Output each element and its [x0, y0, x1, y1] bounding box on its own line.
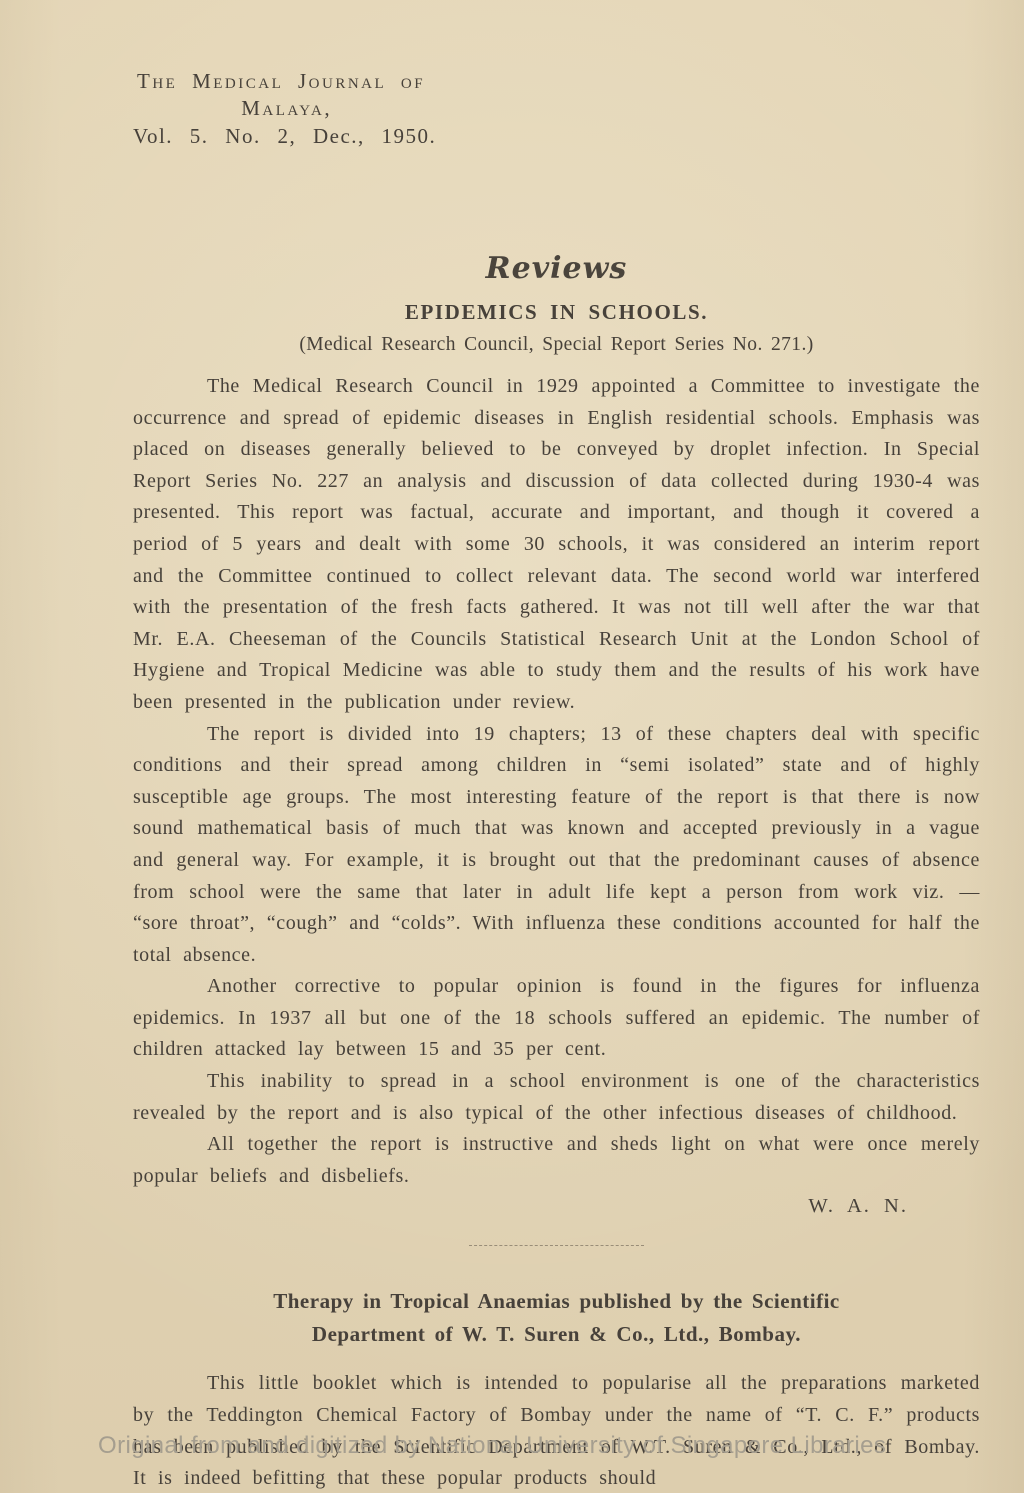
journal-masthead: The Medical Journal of Malaya, Vol. 5. N… — [137, 68, 436, 150]
review-body: The Medical Research Council in 1929 app… — [133, 371, 980, 1192]
journal-page: The Medical Journal of Malaya, Vol. 5. N… — [0, 0, 1024, 1493]
journal-title-line1: The Medical Journal of — [137, 68, 436, 95]
volume-issue-date: Vol. 5. No. 2, Dec., 1950. — [133, 123, 436, 150]
reviewer-initials: W. A. N. — [133, 1195, 980, 1218]
digitization-watermark: Original from and digitized by National … — [98, 1432, 886, 1460]
paragraph: The Medical Research Council in 1929 app… — [133, 371, 980, 719]
review-epidemics-in-schools: EPIDEMICS IN SCHOOLS. (Medical Research … — [133, 299, 980, 1218]
reviews-section-heading: Reviews — [133, 252, 980, 286]
journal-title-line2: Malaya, — [137, 95, 436, 122]
review-title-line1: Therapy in Tropical Anaemias published b… — [133, 1285, 980, 1318]
review-title: Therapy in Tropical Anaemias published b… — [133, 1285, 980, 1351]
review-title: EPIDEMICS IN SCHOOLS. — [133, 299, 980, 325]
text-column: Reviews EPIDEMICS IN SCHOOLS. (Medical R… — [133, 252, 980, 1493]
review-subtitle: (Medical Research Council, Special Repor… — [133, 334, 980, 356]
paragraph: Another corrective to popular opinion is… — [133, 971, 980, 1066]
paragraph: The report is divided into 19 chapters; … — [133, 719, 980, 972]
review-body: This little booklet which is intended to… — [133, 1368, 980, 1493]
review-divider-rule — [469, 1245, 644, 1246]
review-therapy-tropical-anaemias: Therapy in Tropical Anaemias published b… — [133, 1285, 980, 1493]
review-title-line2: Department of W. T. Suren & Co., Ltd., B… — [133, 1318, 980, 1351]
paragraph: This inability to spread in a school env… — [133, 1066, 980, 1129]
paragraph: This little booklet which is intended to… — [133, 1368, 980, 1493]
paragraph: All together the report is instructive a… — [133, 1129, 980, 1192]
